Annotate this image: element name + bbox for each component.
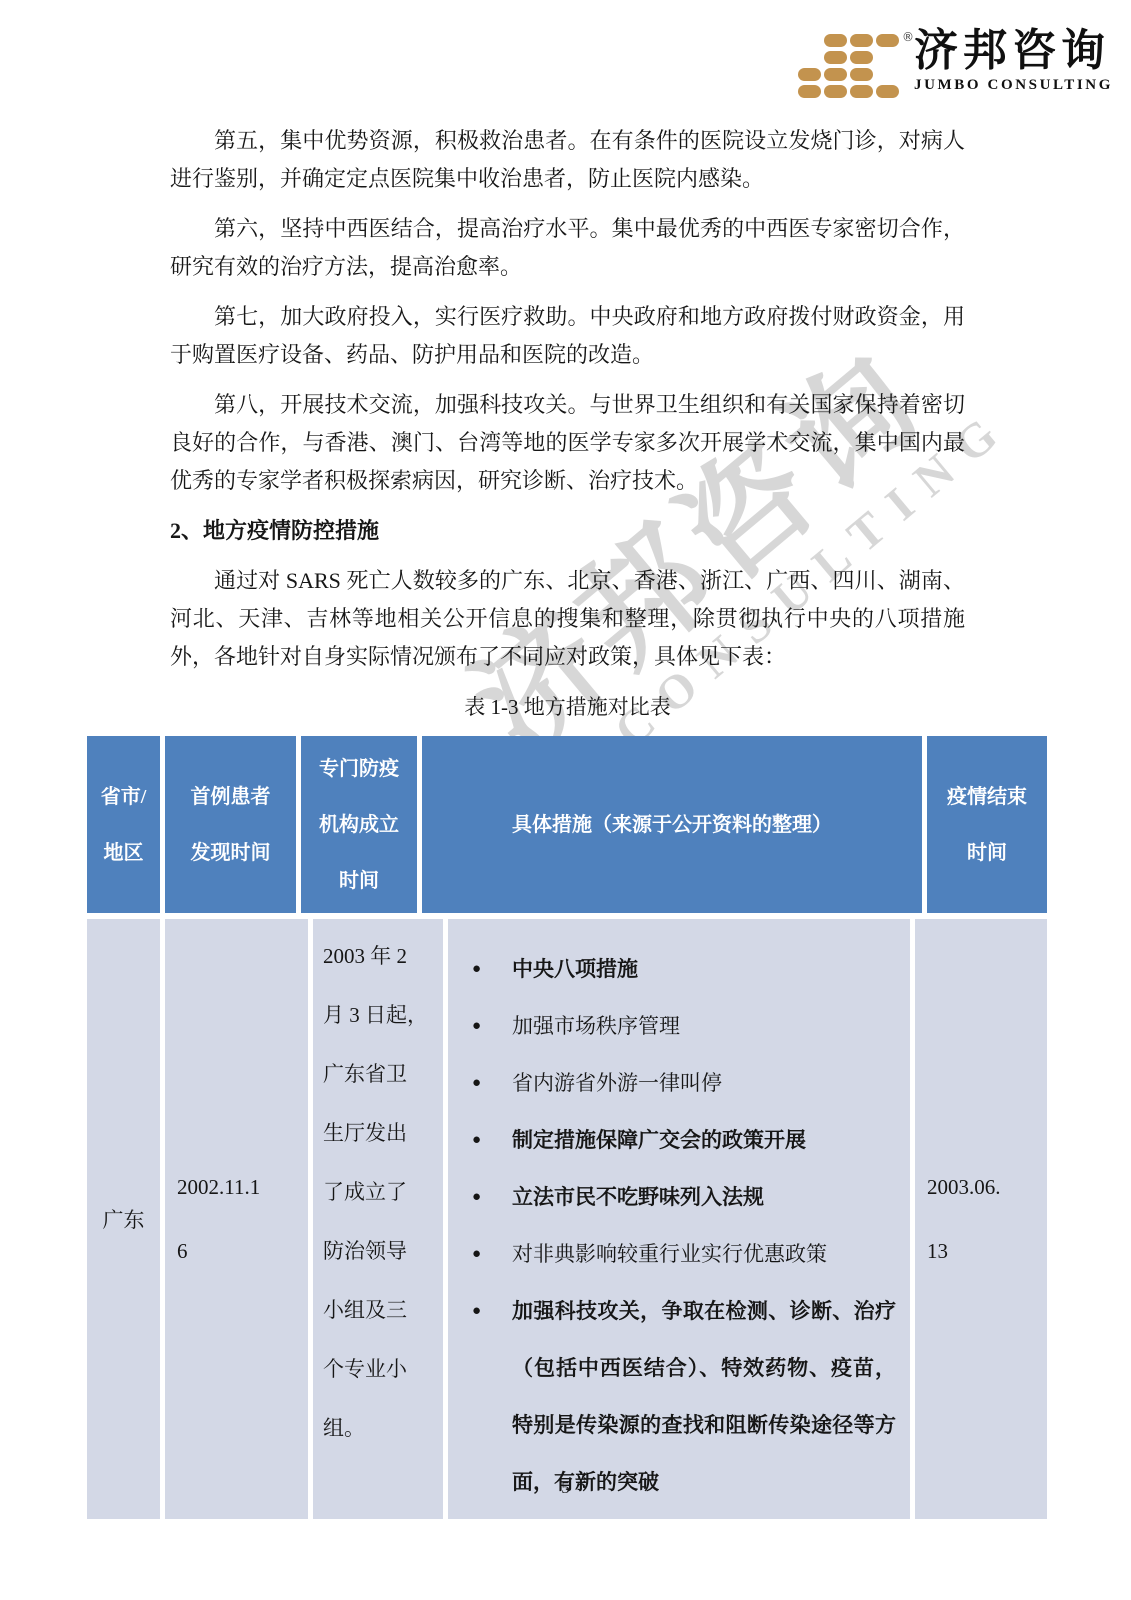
paragraph-measure-6: 第六，坚持中西医结合，提高治疗水平。集中最优秀的中西医专家密切合作，研究有效的治… [170, 210, 965, 286]
table-caption: 表 1-3 地方措施对比表 [170, 688, 965, 726]
measures-list: 中央八项措施 加强市场秩序管理 省内游省外游一律叫停 制定措施保障广交会的政策开… [472, 941, 896, 1511]
document-page: 济邦咨询 CONSULTING ® 济邦咨询 JUMBO CONSULTING … [0, 0, 1131, 1600]
measures-comparison-table: 省市/ 地区 首例患者 发现时间 专门防疫 机构成立 时间 具体措施（来源于公开… [87, 736, 1047, 1519]
measure-item: 加强市场秩序管理 [472, 998, 896, 1055]
measure-item: 省内游省外游一律叫停 [472, 1055, 896, 1112]
paragraph-measure-8: 第八，开展技术交流，加强科技攻关。与世界卫生组织和有关国家保持着密切良好的合作，… [170, 386, 965, 500]
table-row-guangdong: 广东 2002.11.1 6 2003 年 2 月 3 日起， 广东省卫 生厅发… [87, 919, 1047, 1519]
measure-item: 中央八项措施 [472, 941, 896, 998]
intro-paragraph: 通过对 SARS 死亡人数较多的广东、北京、香港、浙江、广西、四川、湖南、河北、… [170, 562, 965, 676]
col-header-region: 省市/ 地区 [87, 736, 160, 913]
registered-trademark-icon: ® [902, 30, 914, 44]
table-header-row: 省市/ 地区 首例患者 发现时间 专门防疫 机构成立 时间 具体措施（来源于公开… [87, 736, 1047, 913]
cell-end-date: 2003.06. 13 [915, 919, 1047, 1519]
jumbo-logo-icon: ® [798, 34, 904, 98]
logo-text: 济邦咨询 JUMBO CONSULTING [914, 26, 1113, 94]
col-header-end-date: 疫情结束 时间 [927, 736, 1047, 913]
measure-item: 立法市民不吃野味列入法规 [472, 1169, 896, 1226]
logo-brand-cn: 济邦咨询 [914, 26, 1113, 76]
col-header-first-case-date: 首例患者 发现时间 [165, 736, 296, 913]
body-text: 第五，集中优势资源，积极救治患者。在有条件的医院设立发烧门诊，对病人进行鉴别，并… [170, 122, 965, 747]
section-heading: 2、地方疫情防控措施 [170, 512, 965, 550]
measure-item: 制定措施保障广交会的政策开展 [472, 1112, 896, 1169]
paragraph-measure-7: 第七，加大政府投入，实行医疗救助。中央政府和地方政府拨付财政资金，用于购置医疗设… [170, 298, 965, 374]
measure-item: 对非典影响较重行业实行优惠政策 [472, 1226, 896, 1283]
cell-measures: 中央八项措施 加强市场秩序管理 省内游省外游一律叫停 制定措施保障广交会的政策开… [448, 919, 910, 1519]
logo-brand-en: JUMBO CONSULTING [914, 77, 1113, 94]
paragraph-measure-5: 第五，集中优势资源，积极救治患者。在有条件的医院设立发烧门诊，对病人进行鉴别，并… [170, 122, 965, 198]
cell-region: 广东 [87, 919, 160, 1519]
company-logo: ® 济邦咨询 JUMBO CONSULTING [798, 26, 1113, 98]
page-number: 5 [0, 1478, 1131, 1498]
measure-item: 加强科技攻关，争取在检测、诊断、治疗（包括中西医结合）、特效药物、疫苗，特别是传… [472, 1283, 896, 1511]
col-header-agency-date: 专门防疫 机构成立 时间 [301, 736, 417, 913]
cell-agency-established: 2003 年 2 月 3 日起， 广东省卫 生厅发出 了成立了 防治领导 小组及… [313, 919, 443, 1519]
col-header-measures: 具体措施（来源于公开资料的整理） [422, 736, 922, 913]
cell-first-case-date: 2002.11.1 6 [165, 919, 308, 1519]
